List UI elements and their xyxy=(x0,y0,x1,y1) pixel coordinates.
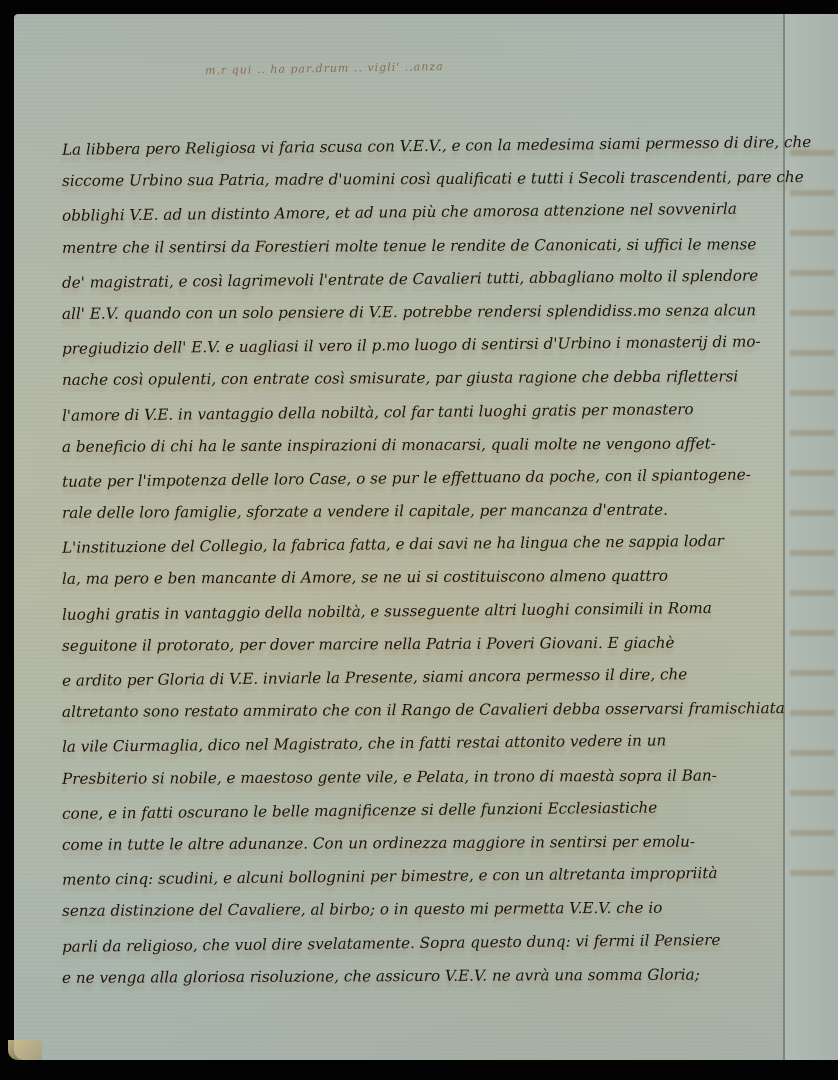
manuscript-line: parli da religioso, che vuol dire svelat… xyxy=(62,923,782,964)
manuscript-line: luoghi gratis in vantaggio della nobiltà… xyxy=(62,591,782,632)
manuscript-line: l'amore di V.E. in vantaggio della nobil… xyxy=(62,392,782,433)
manuscript-line: senza distinzione del Cavaliere, al birb… xyxy=(62,891,782,928)
manuscript-line: cone, e in fatti oscurano le belle magni… xyxy=(62,790,782,831)
manuscript-line: seguitone il protorato, per dover marcir… xyxy=(62,626,782,663)
manuscript-scan: m.r qui .. ha par.drum .. vigli' ..anza … xyxy=(0,0,838,1080)
manuscript-line: la, ma pero e ben mancante di Amore, se … xyxy=(62,560,782,597)
manuscript-line: a beneficio di chi ha le sante inspirazi… xyxy=(62,427,782,464)
manuscript-line: la vile Ciurmaglia, dico nel Magistrato,… xyxy=(62,724,782,765)
manuscript-line: nache così opulenti, con entrate così sm… xyxy=(62,360,782,397)
manuscript-line: Presbiterio si nobile, e maestoso gente … xyxy=(62,759,782,796)
manuscript-line: mentre che il sentirsi da Forestieri mol… xyxy=(62,228,782,265)
manuscript-line: de' magistrati, e così lagrimevoli l'ent… xyxy=(62,259,782,300)
manuscript-line: obblighi V.E. ad un distinto Amore, et a… xyxy=(62,193,782,234)
dog-eared-corner xyxy=(8,1040,42,1060)
handwritten-text-block: La libbera pero Religiosa vi faria scusa… xyxy=(62,130,782,993)
manuscript-line: e ne venga alla gloriosa risoluzione, ch… xyxy=(62,958,782,995)
ink-bleed-through xyxy=(790,150,835,900)
